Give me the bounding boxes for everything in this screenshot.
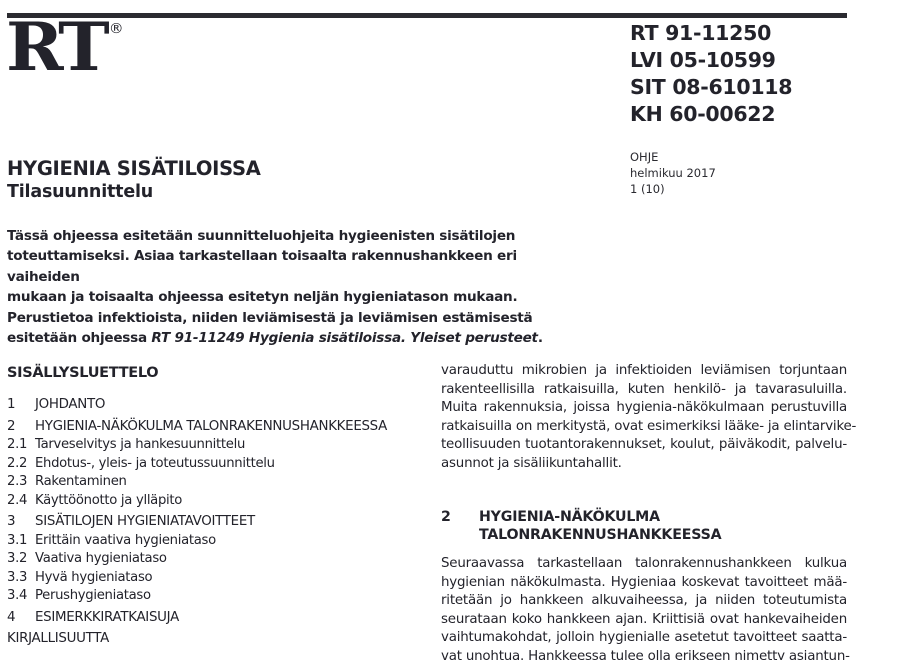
title-block: HYGIENIA SISÄTILOISSA Tilasuunnittelu (7, 157, 261, 203)
top-rule (7, 13, 847, 18)
document-meta: OHJE helmikuu 2017 1 (10) (630, 149, 716, 197)
toc-item-label: Erittäin vaativa hygieniataso (35, 532, 216, 551)
section-number: 2 (441, 508, 479, 544)
toc-item-number: 1 (7, 396, 35, 415)
intro-last-prefix: esitetään ohjeessa (7, 330, 151, 346)
body-line: Seuraavassa tarkastellaan talonrakennush… (441, 555, 847, 574)
toc-item-label: Hyvä hygieniataso (35, 569, 152, 588)
page-subtitle: Tilasuunnittelu (7, 181, 261, 203)
paragraph-line: ratkaisuilla on merkitystä, ovat esimerk… (441, 418, 847, 437)
body-line: ritetään jo hankkeen alkuvaiheessa, ja n… (441, 592, 847, 611)
paragraph-line: teollisuuden tuotantorakennukset, koulut… (441, 436, 847, 455)
paragraph-line: rakenteellisilla ratkaisuilla, kuten hen… (441, 381, 847, 400)
paragraph-line: Muita rakennuksia, joissa hygienia-näkök… (441, 399, 847, 418)
paragraph-line: asunnot ja sisäliikuntahallit. (441, 455, 847, 474)
toc-item-number: 2.1 (7, 436, 35, 455)
intro-line: Perustietoa infektioista, niiden leviämi… (7, 308, 567, 328)
toc-item[interactable]: 3.4Perushygieniataso (7, 587, 417, 606)
reference-link: RT 91-11249 Hygienia sisätiloissa. Yleis… (151, 330, 537, 346)
code-lvi: LVI 05-10599 (630, 47, 792, 74)
toc-item[interactable]: 2.2Ehdotus-, yleis- ja toteutussuunnitte… (7, 455, 417, 474)
toc-item-label: Käyttöönotto ja ylläpito (35, 492, 182, 511)
body-line: hygienian näkökulmasta. Hygieniaa koskev… (441, 574, 847, 593)
intro-line: toteuttamiseksi. Asiaa tarkastellaan toi… (7, 246, 567, 287)
section-heading: 2 HYGIENIA-NÄKÖKULMA TALONRAKENNUSHANKKE… (441, 508, 847, 544)
toc-item[interactable]: 3SISÄTILOJEN HYGIENIATAVOITTEET (7, 513, 417, 532)
document-codes: RT 91-11250 LVI 05-10599 SIT 08-610118 K… (630, 20, 792, 128)
toc-item[interactable]: 2.4Käyttöönotto ja ylläpito (7, 492, 417, 511)
logo-text: RT (6, 8, 106, 86)
intro-paragraph: Tässä ohjeessa esitetään suunnitteluohje… (7, 226, 567, 348)
doc-date: helmikuu 2017 (630, 165, 716, 181)
toc-item[interactable]: 2HYGIENIA-NÄKÖKULMA TALONRAKENNUSHANKKEE… (7, 418, 417, 437)
toc-item-number: 3.3 (7, 569, 35, 588)
toc-item-number: 2.2 (7, 455, 35, 474)
toc-item-label: HYGIENIA-NÄKÖKULMA TALONRAKENNUSHANKKEES… (35, 418, 387, 437)
paragraph-line: varauduttu mikrobien ja infektioiden lev… (441, 362, 847, 381)
intro-last-suffix: . (538, 330, 543, 346)
body-line: vat unohtua. Hankkeessa tulee olla eriks… (441, 648, 847, 660)
toc-item-number: 3.2 (7, 550, 35, 569)
table-of-contents: SISÄLLYSLUETTELO 1JOHDANTO2HYGIENIA-NÄKÖ… (7, 363, 417, 649)
toc-item-label: SISÄTILOJEN HYGIENIATAVOITTEET (35, 513, 255, 532)
code-sit: SIT 08-610118 (630, 74, 792, 101)
toc-item-label: Perushygieniataso (35, 587, 151, 606)
intro-line: Tässä ohjeessa esitetään suunnitteluohje… (7, 226, 567, 246)
section-title: HYGIENIA-NÄKÖKULMA TALONRAKENNUSHANKKEES… (479, 508, 721, 544)
toc-item-number: 3.1 (7, 532, 35, 551)
toc-item[interactable]: 3.1Erittäin vaativa hygieniataso (7, 532, 417, 551)
toc-item[interactable]: 2.1Tarveselvitys ja hankesuunnittelu (7, 436, 417, 455)
registered-mark-icon: ® (109, 22, 124, 36)
code-kh: KH 60-00622 (630, 101, 792, 128)
toc-item[interactable]: KIRJALLISUUTTA (7, 630, 417, 649)
code-rt: RT 91-11250 (630, 20, 792, 47)
toc-item-number: 3.4 (7, 587, 35, 606)
rt-logo: RT ® (6, 14, 106, 80)
intro-line: esitetään ohjeessa RT 91-11249 Hygienia … (7, 328, 567, 348)
toc-item[interactable]: 2.3Rakentaminen (7, 473, 417, 492)
right-column-paragraph: varauduttu mikrobien ja infektioiden lev… (441, 362, 847, 474)
section-title-line: HYGIENIA-NÄKÖKULMA (479, 508, 721, 526)
page-number: 1 (10) (630, 181, 716, 197)
toc-item-number: 2.3 (7, 473, 35, 492)
toc-title: SISÄLLYSLUETTELO (7, 363, 417, 383)
toc-item-label: ESIMERKKIRATKAISUJA (35, 609, 179, 628)
section-title-line: TALONRAKENNUSHANKKEESSA (479, 526, 721, 544)
toc-item-number: 2.4 (7, 492, 35, 511)
toc-item-number: 4 (7, 609, 35, 628)
toc-item-number: 3 (7, 513, 35, 532)
toc-item[interactable]: 4ESIMERKKIRATKAISUJA (7, 609, 417, 628)
toc-item-label: JOHDANTO (35, 396, 105, 415)
toc-item[interactable]: 3.3Hyvä hygieniataso (7, 569, 417, 588)
toc-item-number: 2 (7, 418, 35, 437)
toc-item-label: Tarveselvitys ja hankesuunnittelu (35, 436, 245, 455)
doc-type: OHJE (630, 149, 716, 165)
body-line: vaihtumakohdat, jolloin hygienialle aset… (441, 629, 847, 648)
page-title: HYGIENIA SISÄTILOISSA (7, 157, 261, 181)
toc-item-label: Vaativa hygieniataso (35, 550, 167, 569)
intro-line: mukaan ja toisaalta ohjeessa esitetyn ne… (7, 287, 567, 307)
toc-item-label: Ehdotus-, yleis- ja toteutussuunnittelu (35, 455, 275, 474)
toc-item[interactable]: 1JOHDANTO (7, 396, 417, 415)
section-body: Seuraavassa tarkastellaan talonrakennush… (441, 555, 847, 660)
body-line: seurataan koko hankkeen ajan. Kriittisiä… (441, 611, 847, 630)
toc-item-label: KIRJALLISUUTTA (7, 630, 109, 649)
toc-item-label: Rakentaminen (35, 473, 127, 492)
toc-item[interactable]: 3.2Vaativa hygieniataso (7, 550, 417, 569)
